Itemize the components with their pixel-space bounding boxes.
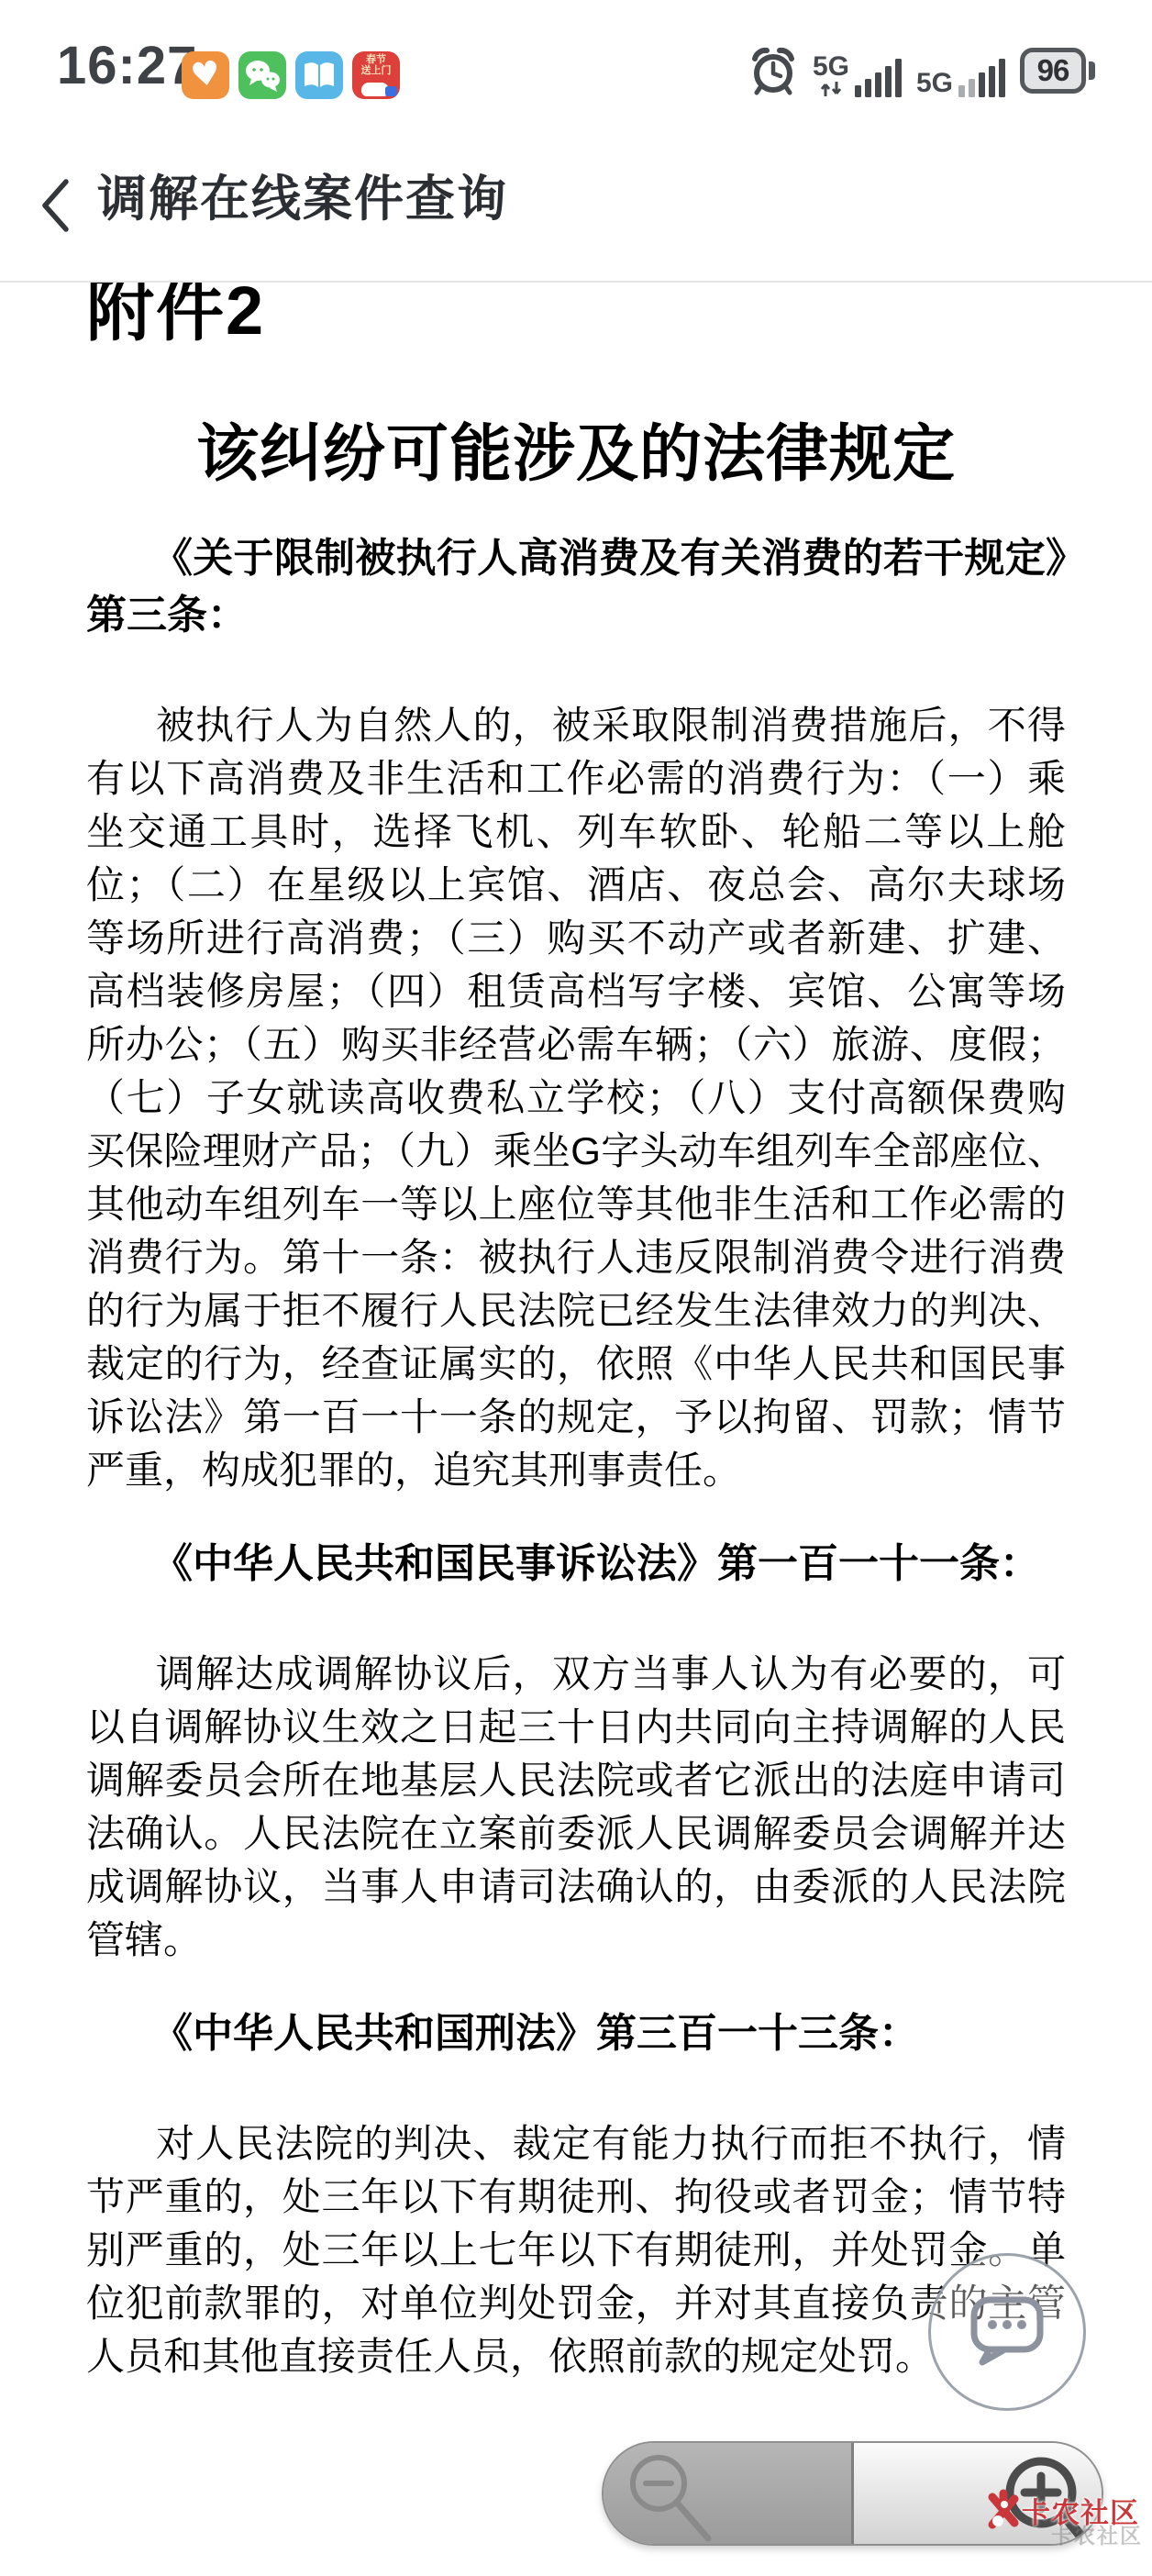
section-heading: 《中华人民共和国刑法》第三百一十三条： bbox=[86, 2005, 1066, 2062]
wechat-app-icon bbox=[238, 51, 286, 99]
notification-app-icons: ♥ 春节 送上门 bbox=[182, 51, 400, 99]
signal-5g-secondary: 5G bbox=[916, 46, 1005, 97]
section-heading: 《中华人民共和国民事诉讼法》第一百一十一条： bbox=[86, 1536, 1066, 1593]
section-heading: 《关于限制被执行人高消费及有关消费的若干规定》第三条： bbox=[86, 530, 1066, 644]
more-button[interactable] bbox=[928, 2253, 1086, 2411]
document-content[interactable]: 附件2 该纠纷可能涉及的法律规定 《关于限制被执行人高消费及有关消费的若干规定》… bbox=[0, 283, 1152, 2576]
signal-5g-primary: 5G bbox=[813, 46, 902, 97]
signal-bars-1 bbox=[855, 57, 902, 97]
battery-nub bbox=[1089, 61, 1095, 80]
festival-app-icon: 春节 送上门 bbox=[352, 51, 400, 99]
alarm-clock-icon bbox=[748, 46, 798, 97]
network-type-label-2: 5G bbox=[916, 70, 953, 97]
speech-bubble-ellipsis-icon bbox=[967, 2294, 1047, 2370]
clock-time: 16:27 bbox=[57, 35, 197, 96]
document-title: 该纠纷可能涉及的法律规定 bbox=[86, 416, 1066, 492]
attachment-label: 附件2 bbox=[86, 283, 1066, 350]
watermark-shadow-text: 卡农社区 bbox=[1051, 2519, 1143, 2549]
chevron-left-icon bbox=[35, 175, 75, 236]
battery-percent: 96 bbox=[1037, 53, 1069, 88]
battery-indicator: 96 bbox=[1020, 48, 1095, 94]
attachment-label-clipped: 附件2 bbox=[86, 283, 1066, 350]
watermark: 卡农社区 卡农社区 bbox=[983, 2484, 1152, 2548]
signal-bars-2 bbox=[958, 57, 1005, 97]
watermark-logo-icon bbox=[983, 2488, 1024, 2534]
back-button[interactable] bbox=[28, 169, 83, 242]
status-bar: 16:27 ♥ 春节 送上门 bbox=[0, 0, 1152, 128]
section-body: 调解达成调解协议后，双方当事人认为有必要的，可以自调解协议生效之日起三十日内共同… bbox=[86, 1648, 1066, 1967]
zoom-out-button[interactable] bbox=[604, 2443, 851, 2544]
festival-label: 春节 送上门 bbox=[352, 54, 400, 76]
book-app-icon bbox=[295, 51, 343, 99]
festival-badge bbox=[385, 86, 397, 96]
network-type-label-1: 5G bbox=[813, 53, 849, 81]
health-app-icon: ♥ bbox=[182, 51, 229, 99]
page-title: 调解在线案件查询 bbox=[97, 160, 508, 230]
chat-bubbles-icon bbox=[238, 51, 286, 99]
status-indicators: 5G 5G 96 bbox=[748, 46, 1095, 97]
magnifier-minus-icon bbox=[624, 2450, 725, 2546]
data-arrows-icon bbox=[819, 81, 843, 97]
section-body: 对人民法院的判决、裁定有能力执行而拒不执行，情节严重的，处三年以下有期徒刑、拘役… bbox=[86, 2117, 1066, 2383]
section-body: 被执行人为自然人的，被采取限制消费措施后，不得有以下高消费及非生活和工作必需的消… bbox=[86, 699, 1066, 1497]
nav-bar: 调解在线案件查询 bbox=[0, 128, 1152, 283]
heart-icon: ♥ bbox=[189, 57, 223, 94]
open-book-icon bbox=[295, 51, 343, 99]
